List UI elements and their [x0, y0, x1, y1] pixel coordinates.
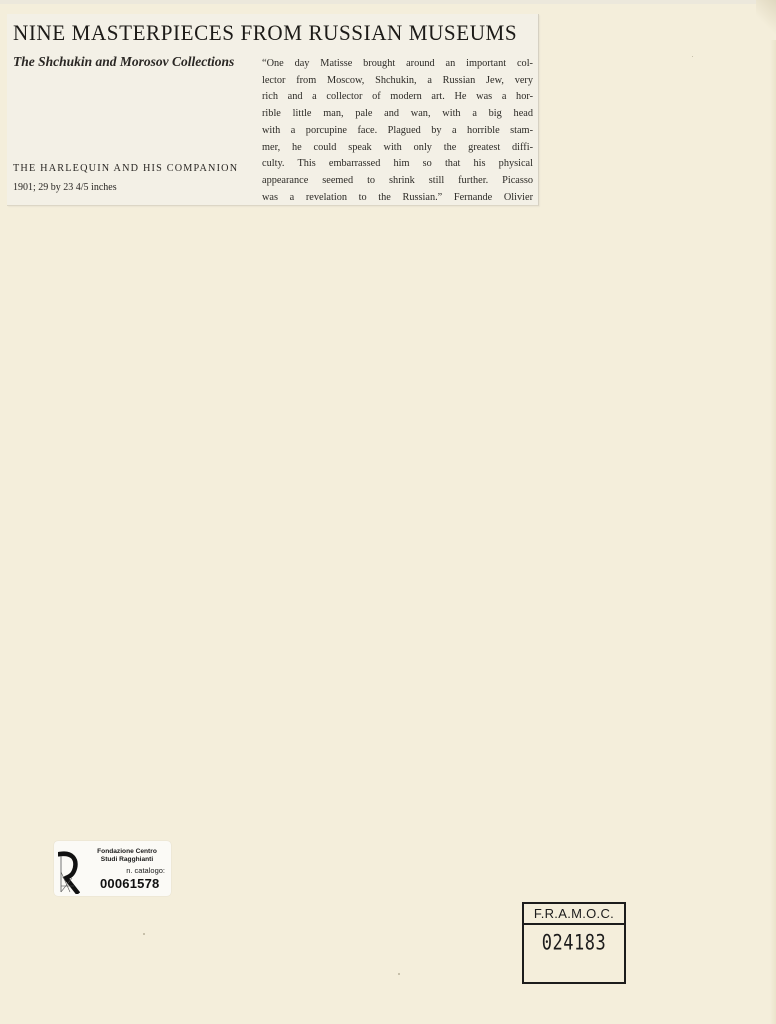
quote-line: rible little man, pale and wan, with a b…: [262, 106, 533, 123]
quote-line: lector from Moscow, Shchukin, a Russian …: [262, 73, 533, 90]
quote-line: with a porcupine face. Plagued by a horr…: [262, 123, 533, 140]
catalog-number: 00061578: [100, 876, 159, 891]
clipping-title: NINE MASTERPIECES FROM RUSSIAN MUSEUMS: [13, 20, 517, 46]
page-top-edge: [0, 0, 776, 4]
clipping-subtitle: The Shchukin and Morosov Collections: [13, 54, 234, 70]
quote-line: appearance seemed to shrink still furthe…: [262, 173, 533, 190]
paper-speck: [143, 933, 145, 935]
artwork-title: THE HARLEQUIN AND HIS COMPANION: [13, 163, 238, 174]
paper-speck: [692, 56, 693, 57]
quote-line: culty. This embarrassed him so that his …: [262, 156, 533, 173]
catalog-organization: Fondazione Centro Studi Ragghianti: [88, 848, 166, 864]
quote-line: rich and a collector of modern art. He w…: [262, 89, 533, 106]
page-right-edge: [770, 0, 776, 1024]
catalog-caption: n. catalogo:: [126, 866, 165, 875]
stamp-header: F.R.A.M.O.C.: [524, 904, 624, 925]
quote-line: mer, he could speak with only the greate…: [262, 140, 533, 157]
org-line-1: Fondazione Centro: [88, 848, 166, 856]
ragghianti-r-logo-icon: [58, 850, 80, 894]
quote-line: “One day Matisse brought around an impor…: [262, 56, 533, 73]
paper-speck: [398, 973, 400, 975]
stamp-number: 024183: [524, 931, 624, 956]
org-line-2: Studi Ragghianti: [88, 856, 166, 864]
quote-line: was a revelation to the Russian.” Fernan…: [262, 190, 533, 207]
catalog-label: Fondazione Centro Studi Ragghianti n. ca…: [54, 841, 171, 896]
magazine-clipping: NINE MASTERPIECES FROM RUSSIAN MUSEUMS T…: [7, 14, 539, 206]
artwork-meta: 1901; 29 by 23 4/5 inches: [13, 182, 117, 193]
page-corner-fold: [756, 0, 776, 40]
framoc-stamp: F.R.A.M.O.C. 024183: [522, 902, 626, 984]
clipping-quote: “One day Matisse brought around an impor…: [262, 56, 533, 206]
